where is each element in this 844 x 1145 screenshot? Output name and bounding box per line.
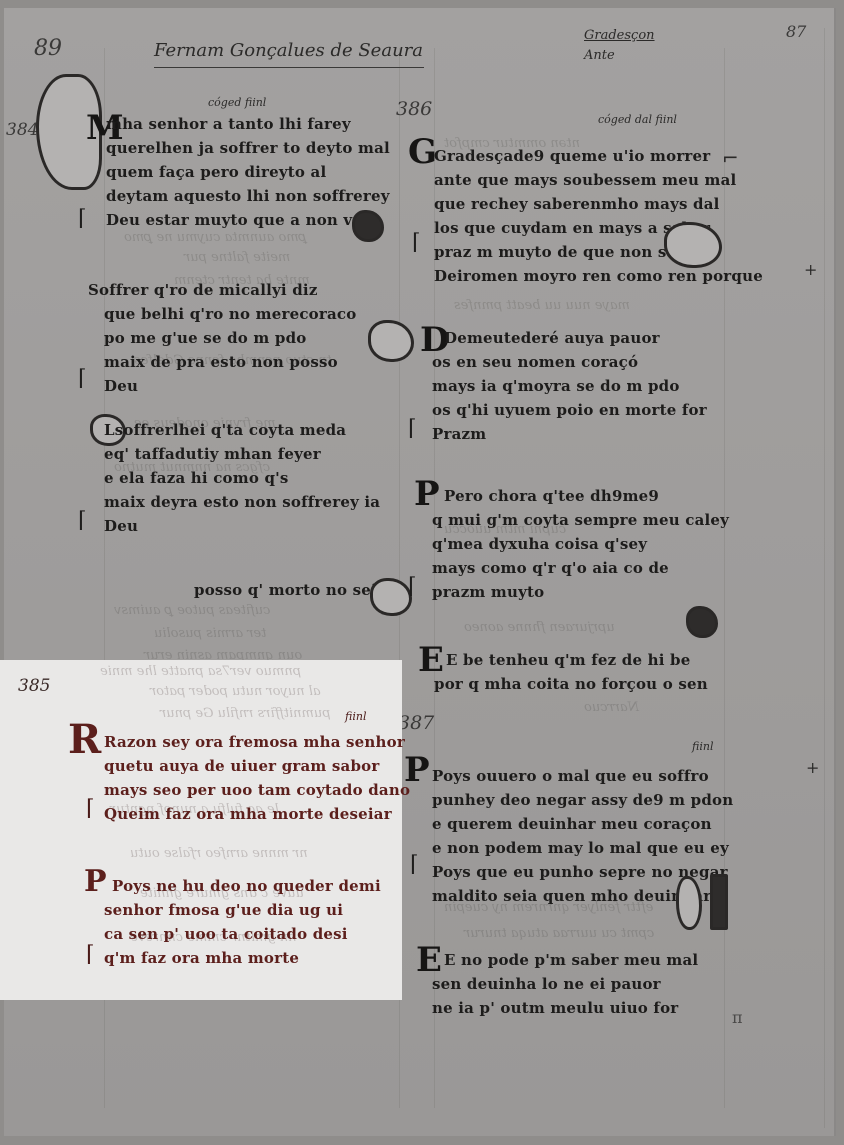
bleed-through: pumnitffirs rnfilu Ge pnur bbox=[160, 706, 331, 721]
verse-line: e querem deuinhar meu coraçon bbox=[432, 812, 733, 836]
margin-mark: + bbox=[804, 260, 817, 279]
paragraph-mark: ⌈ bbox=[408, 574, 417, 599]
verse-line: os q'hi uyuem poio en morte for bbox=[432, 398, 707, 422]
verse-line: E be tenheu q'm fez de hi be bbox=[434, 648, 708, 672]
decorated-initial-fragment bbox=[686, 606, 718, 638]
parchment-hole bbox=[370, 578, 412, 616]
verse-line: q mui g'm coyta sempre meu caley bbox=[432, 508, 729, 532]
paragraph-mark: ⌈ bbox=[86, 942, 95, 967]
verse-line: que belhi q'ro no merecoraco bbox=[88, 302, 356, 326]
paragraph-mark: ⌈ bbox=[78, 508, 87, 533]
verse-line: Pero chora q'tee dh9me9 bbox=[432, 484, 729, 508]
parchment-hole bbox=[368, 320, 414, 362]
verse-line: Soffrer q'ro de micallyi diz bbox=[88, 278, 356, 302]
bleed-through: Narrcuo bbox=[584, 700, 639, 715]
paragraph-mark: ⌈ bbox=[412, 230, 421, 255]
verse-line: po me g'ue se do m pdo bbox=[88, 326, 356, 350]
margin-mark: + bbox=[806, 758, 819, 777]
decorated-initial-fragment bbox=[710, 874, 728, 930]
poem-384-stanza-1: mha senhor a tanto lhi farey querelhen j… bbox=[106, 112, 390, 232]
verse-line: maix deyra esto non soffrerey ia bbox=[104, 490, 380, 514]
verse-line: Deiromen moyro ren como ren porque bbox=[434, 264, 763, 288]
bleed-through: ter armis pusoliu bbox=[154, 626, 266, 641]
bleed-through: ꝑmo aunmta cuymu ne ꝑmo bbox=[124, 230, 307, 245]
verse-line: e non podem may lo mal que eu ey bbox=[432, 836, 733, 860]
header-note-bottom: Ante bbox=[584, 48, 615, 63]
verse-line: Deu bbox=[104, 514, 380, 538]
poem-384-stanza-2: Soffrer q'ro de micallyi diz que belhi q… bbox=[88, 278, 356, 398]
poem-386-stanza-3: Pero chora q'tee dh9me9 q mui g'm coyta … bbox=[432, 484, 729, 604]
verse-line: Gradesçade9 queme u'io morrer bbox=[434, 144, 763, 168]
verse-line: q'mea dyxuha coisa q'sey bbox=[432, 532, 729, 556]
poem-number-386: 386 bbox=[396, 98, 432, 120]
margin-mark: π bbox=[732, 1008, 743, 1027]
initial-letter: G bbox=[408, 132, 437, 172]
verse-line: Lsoffrerlhei q'ta coyta meda bbox=[104, 418, 380, 442]
verse-line: querelhen ja soffrer to deyto mal bbox=[106, 136, 390, 160]
verse-line: ante que mays soubessem meu mal bbox=[434, 168, 763, 192]
verse-line: ne ia p' outm meulu uiuo for bbox=[432, 996, 698, 1020]
paragraph-mark: ⌈ bbox=[78, 206, 87, 231]
verse-line: e ela faza hi como q's bbox=[104, 466, 380, 490]
bleed-through: uprjuraen fhnne aoneo bbox=[464, 620, 615, 635]
poem-387-stanza-2: E no pode p'm saber meu mal sen deuinha … bbox=[432, 948, 698, 1020]
header-note-top: Gradesçon bbox=[584, 28, 655, 43]
ruling-line bbox=[824, 28, 825, 1128]
verse-line: Razon sey ora fremosa mha senhor bbox=[104, 730, 410, 754]
verse-line: prazm muyto bbox=[432, 580, 729, 604]
marginal-annotation: fiinl bbox=[345, 710, 366, 723]
verse-line: eq' taffadutiy mhan feyer bbox=[104, 442, 380, 466]
verse-line: sen deuinha lo ne ei pauor bbox=[432, 972, 698, 996]
marginal-annotation: fiinl bbox=[692, 740, 713, 753]
verse-line: deytam aquesto lhi non soffrerey bbox=[106, 184, 390, 208]
poem-386-stanza-4: E be tenheu q'm fez de hi be por q mha c… bbox=[434, 648, 708, 696]
verse-line: Poys ouuero o mal que eu soffro bbox=[432, 764, 733, 788]
poem-384-stanza-3: Lsoffrerlhei q'ta coyta meda eq' taffadu… bbox=[104, 418, 380, 538]
verse-line: mays seo per uoo tam coytado dano bbox=[104, 778, 410, 802]
bleed-through: cufiteas putoe ꝑ auimsv bbox=[114, 603, 270, 618]
verse-line: Deu estar muyto que a non veia bbox=[106, 208, 390, 232]
verse-line: mha senhor a tanto lhi farey bbox=[106, 112, 390, 136]
paragraph-mark: ⌈ bbox=[408, 416, 417, 441]
paragraph-mark: ⌈ bbox=[78, 366, 87, 391]
verse-line: maix de pra esto non posso bbox=[88, 350, 356, 374]
bleed-through: maye nuu uu beatt pmnfes bbox=[454, 298, 630, 313]
poem-385-stanza-1: Razon sey ora fremosa mha senhor quetu a… bbox=[104, 730, 410, 826]
folio-number-left: 89 bbox=[34, 36, 62, 61]
verse-line: E no pode p'm saber meu mal bbox=[432, 948, 698, 972]
marginal-annotation: cóged fiinl bbox=[208, 96, 266, 109]
verse-line: q'm faz ora mha morte bbox=[104, 946, 381, 970]
marginal-annotation: cóged dal fiinl bbox=[598, 113, 677, 126]
paragraph-mark: ⌈ bbox=[86, 796, 95, 821]
verse-line: quetu auya de uiuer gram sabor bbox=[104, 754, 410, 778]
poem-385-stanza-2: Poys ne hu deo no queder demi senhor fmo… bbox=[104, 874, 381, 970]
verse-line: que rechey saberenmho mays dal bbox=[434, 192, 763, 216]
author-heading: Fernam Gonçalues de Seaura bbox=[154, 40, 424, 68]
bleed-through: pnmuo ver7sa pnatte lhe mnie bbox=[100, 664, 301, 679]
poem-386-stanza-2: Demeutederé auya pauor os en seu nomen c… bbox=[432, 326, 707, 446]
verse-line: Queim faz ora mha morte deseiar bbox=[104, 802, 410, 826]
initial-letter: R bbox=[68, 716, 101, 763]
verse-line: Demeutederé auya pauor bbox=[432, 326, 707, 350]
folio-number-right: 87 bbox=[786, 22, 806, 41]
decorated-initial-fragment bbox=[352, 210, 384, 242]
verse-line: por q mha coita no forçou o sen bbox=[434, 672, 708, 696]
bleed-through: nr mnne arnfeo rfalse outu bbox=[130, 846, 308, 861]
verse-line: os en seu nomen coraçó bbox=[432, 350, 707, 374]
poem-386-stanza-1: Gradesçade9 queme u'io morrer ante que m… bbox=[434, 144, 763, 288]
poem-384-refrain: posso q' morto no seia bbox=[194, 578, 387, 602]
highlighted-region: pnmuo ver7sa pnatte lhe mnie al nuyor nu… bbox=[0, 660, 402, 1000]
verse-line: ca sen p' uoo ta coitado desi bbox=[104, 922, 381, 946]
bleed-through: cpmt cu uurraa atuqa tnurur bbox=[464, 926, 654, 941]
poem-number-384: 384 bbox=[6, 120, 38, 140]
verse-line: mays como q'r q'o aia co de bbox=[432, 556, 729, 580]
verse-line: Deu bbox=[88, 374, 356, 398]
poem-number-385: 385 bbox=[18, 676, 50, 696]
verse-line: Prazm bbox=[432, 422, 707, 446]
bleed-through: al nuyor nutu poder pator bbox=[150, 684, 321, 699]
verse-line: quem faça pero direyto al bbox=[106, 160, 390, 184]
paragraph-mark: ⌈ bbox=[410, 852, 419, 877]
verse-line: mays ia q'moyra se do m pdo bbox=[432, 374, 707, 398]
verse-line: senhor fmosa g'ue dia ug ui bbox=[104, 898, 381, 922]
verse-line: punhey deo negar assy de9 m pdon bbox=[432, 788, 733, 812]
bleed-through: meite faltne pur bbox=[184, 250, 290, 265]
verse-line: Poys ne hu deo no queder demi bbox=[104, 874, 381, 898]
